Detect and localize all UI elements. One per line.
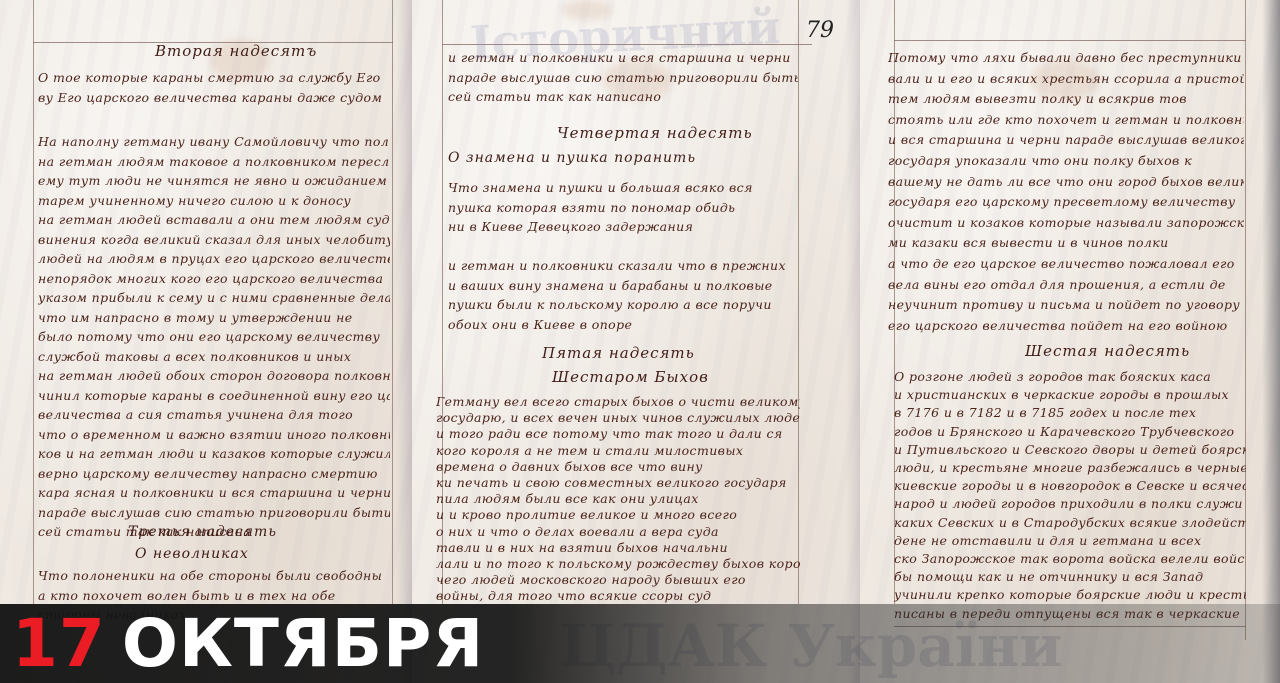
intro-text: О тое которые караны смертию за службу Е… (38, 68, 390, 107)
date-banner-text: 17 ОКТЯБРЯ (12, 607, 484, 681)
section-subheading-third: О неволниках (135, 546, 249, 562)
fifth-article-text: Гетману вел всего старых быхов о чисти в… (436, 394, 800, 605)
section-subheading-fourth: О знамена и пушка поранить (448, 150, 696, 166)
margin-rule (392, 0, 393, 604)
section-heading-third: Третья надесять (128, 524, 277, 540)
sixth-article-text: О розгоне людей з городов так бояских ка… (894, 368, 1246, 623)
body-text: На наполну гетману ивану Самойловичу что… (38, 132, 390, 542)
section-heading-fourth: Четвертая надесять (557, 124, 753, 142)
fourth-article-text: Что знамена и пушки и большая всяко вся … (448, 178, 798, 237)
section-heading-second: Вторая надесятъ (155, 42, 317, 60)
banner-month: ОКТЯБРЯ (122, 611, 484, 677)
page-edge-shadow (1262, 0, 1280, 683)
header-rule (442, 44, 812, 45)
body-text: Потому что ляхи бывали давно бес преступ… (888, 48, 1244, 336)
fourth-answer-text: и гетман и полковники сказали что в преж… (448, 256, 798, 334)
manuscript-page-left: Вторая надесятъ О тое которые караны сме… (0, 0, 412, 683)
continuation-text: и гетман и полковники и вся старшина и ч… (448, 48, 798, 107)
manuscript-page-middle: и гетман и полковники и вся старшина и ч… (412, 0, 860, 683)
section-subheading-fifth: Шестаром Быхов (552, 368, 709, 386)
paper-stain (562, 0, 612, 20)
folio-number: 79 (806, 18, 834, 43)
margin-rule (33, 0, 34, 604)
section-heading-sixth: Шестая надесять (1025, 342, 1190, 360)
manuscript-page-right: Потому что ляхи бывали давно бес преступ… (860, 0, 1280, 683)
manuscript-photo: Вторая надесятъ О тое которые караны сме… (0, 0, 1280, 683)
banner-day: 17 (12, 611, 106, 677)
section-heading-fifth: Пятая надесять (542, 344, 695, 362)
header-rule (894, 40, 1246, 41)
